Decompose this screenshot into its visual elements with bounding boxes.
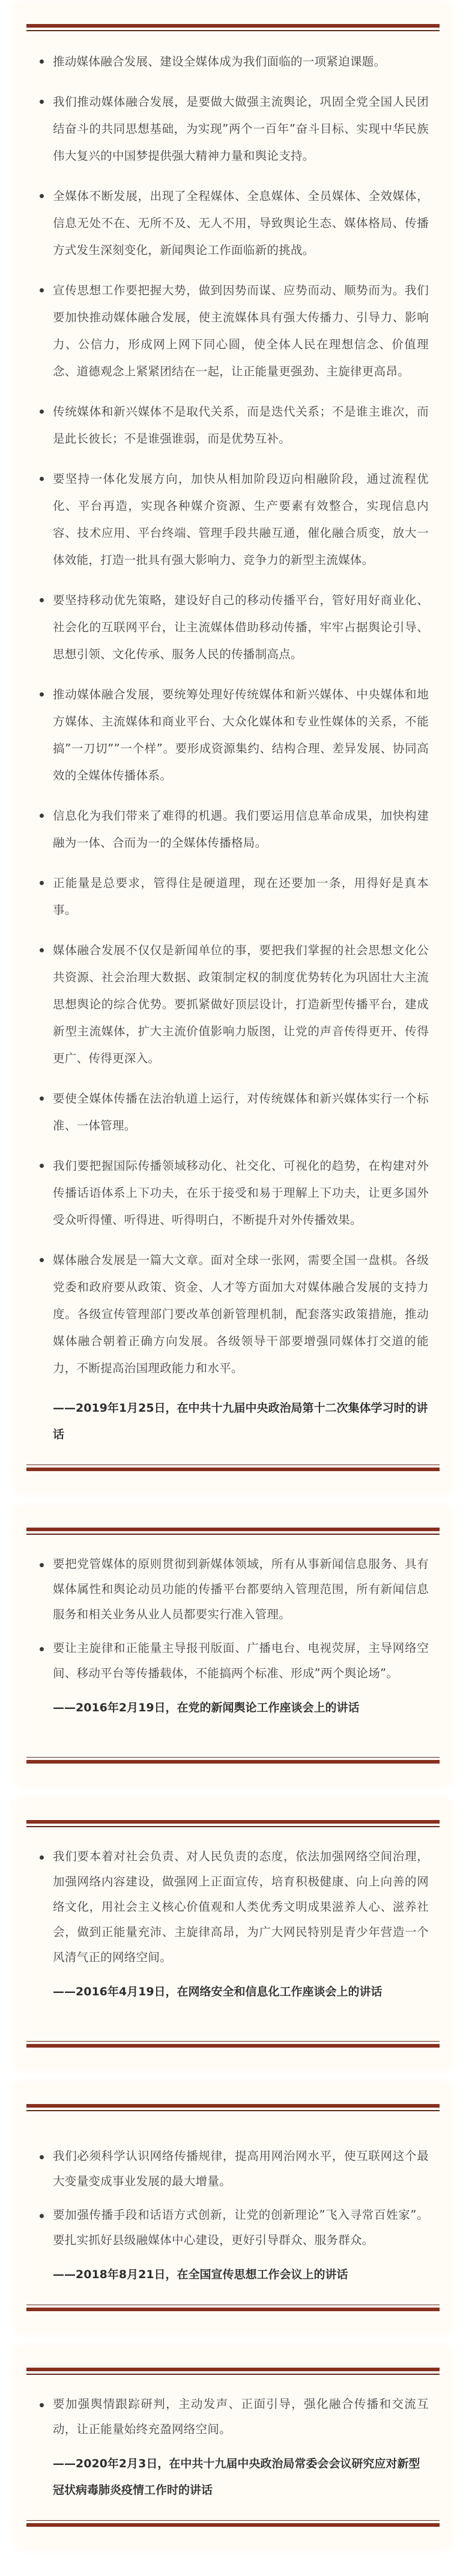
- quote-text: 推动媒体融合发展、建设全媒体成为我们面临的一项紧迫课题。: [53, 55, 386, 68]
- quote-item: 要坚持一体化发展方向，加快从相加阶段迈向相融阶段，通过流程优化、平台再造，实现各…: [37, 465, 429, 573]
- quote-item: 要加强舆情跟踪研判，主动发声、正面引导，强化融合传播和交流互动，让正能量始终充盈…: [37, 2392, 429, 2442]
- section-top-rule: [26, 2368, 440, 2375]
- section-top-rule: [26, 24, 440, 31]
- quote-list: 要加强舆情跟踪研判，主动发声、正面引导，强化融合传播和交流互动，让正能量始终充盈…: [37, 2392, 429, 2442]
- bullet-icon: [40, 2403, 44, 2407]
- quote-text: 要坚持移动优先策略，建设好自己的移动传播平台，管好用好商业化、社会化的互联网平台…: [53, 593, 429, 661]
- section-body: 我们必须科学认识网络传播规律，提高用网治网水平，使互联网这个最大变量变成事业发展…: [26, 2111, 440, 2305]
- section-top-rule: [26, 2104, 440, 2111]
- bullet-icon: [40, 1164, 44, 1168]
- quote-item: 我们必须科学认识网络传播规律，提高用网治网水平，使互联网这个最大变量变成事业发展…: [37, 2144, 429, 2194]
- section-bottom-rule: [26, 2305, 440, 2312]
- section-bottom-rule: [26, 2041, 440, 2048]
- quote-item: 传统媒体和新兴媒体不是取代关系，而是迭代关系；不是谁主谁次，而是此长彼长；不是谁…: [37, 398, 429, 452]
- bullet-icon: [40, 410, 44, 414]
- quote-text: 媒体融合发展是一篇大文章。面对全球一张网，需要全国一盘棋。各级党委和政府要从政策…: [53, 1253, 429, 1375]
- quote-section-2018-08-21: 我们必须科学认识网络传播规律，提高用网治网水平，使互联网这个最大变量变成事业发展…: [18, 2085, 448, 2330]
- quote-text: 媒体融合发展不仅仅是新闻单位的事，要把我们掌握的社会思想文化公共资源、社会治理大…: [53, 943, 429, 1065]
- quote-item: 我们推动媒体融合发展，是要做大做强主流舆论，巩固全党全国人民团结奋斗的共同思想基…: [37, 88, 429, 169]
- bullet-icon: [40, 1258, 44, 1262]
- quote-text: 要使全媒体传播在法治轨道上运行，对传统媒体和新兴媒体实行一个标准、一体管理。: [53, 1092, 429, 1132]
- bullet-icon: [40, 598, 44, 602]
- quote-text: 推动媒体融合发展，要统筹处理好传统媒体和新兴媒体、中央媒体和地方媒体、主流媒体和…: [53, 688, 429, 782]
- quote-text: 要把党管媒体的原则贯彻到新媒体领域，所有从事新闻信息服务、具有媒体属性和舆论动员…: [53, 1557, 429, 1621]
- bullet-icon: [40, 2214, 44, 2218]
- section-body: 我们要本着对社会负责、对人民负责的态度，依法加强网络空间治理，加强网络内容建设，…: [26, 1827, 440, 2041]
- quote-section-2016-04-19: 我们要本着对社会负责、对人民负责的态度，依法加强网络空间治理，加强网络内容建设，…: [18, 1801, 448, 2067]
- bullet-icon: [40, 1855, 44, 1860]
- quote-text: 正能量是总要求，管得住是硬道理，现在还要加一条，用得好是真本事。: [53, 876, 429, 917]
- quote-section-2020-02-03: 要加强舆情跟踪研判，主动发声、正面引导，强化融合传播和交流互动，让正能量始终充盈…: [18, 2348, 448, 2546]
- bullet-icon: [40, 100, 44, 104]
- quote-item: 全媒体不断发展，出现了全程媒体、全息媒体、全员媒体、全效媒体，信息无处不在、无所…: [37, 183, 429, 264]
- quote-item: 正能量是总要求，管得住是硬道理，现在还要加一条，用得好是真本事。: [37, 869, 429, 924]
- quote-text: 宣传思想工作要把握大势，做到因势而谋、应势而动、顺势而为。我们要加快推动媒体融合…: [53, 283, 429, 378]
- bullet-icon: [40, 1647, 44, 1651]
- quote-item: 要让主旋律和正能量主导报刊版面、广播电台、电视荧屏，主导网络空间、移动平台等传播…: [37, 1636, 429, 1686]
- quote-text: 信息化为我们带来了难得的机遇。我们要运用信息革命成果，加快构建融为一体、合而为一…: [53, 809, 429, 850]
- quote-item: 宣传思想工作要把握大势，做到因势而谋、应势而动、顺势而为。我们要加快推动媒体融合…: [37, 277, 429, 385]
- quote-list: 我们必须科学认识网络传播规律，提高用网治网水平，使互联网这个最大变量变成事业发展…: [37, 2144, 429, 2253]
- bullet-icon: [40, 2155, 44, 2159]
- quote-item: 推动媒体融合发展，要统筹处理好传统媒体和新兴媒体、中央媒体和地方媒体、主流媒体和…: [37, 681, 429, 789]
- bullet-icon: [40, 881, 44, 885]
- quote-section-2016-02-19: 要把党管媒体的原则贯彻到新媒体领域，所有从事新闻信息服务、具有媒体属性和舆论动员…: [18, 1508, 448, 1783]
- quote-source: ——2016年2月19日，在党的新闻舆论工作座谈会上的讲话: [37, 1695, 429, 1721]
- section-body: 推动媒体融合发展、建设全媒体成为我们面临的一项紧迫课题。 我们推动媒体融合发展，…: [26, 31, 440, 1465]
- quote-list: 推动媒体融合发展、建设全媒体成为我们面临的一项紧迫课题。 我们推动媒体融合发展，…: [37, 48, 429, 1382]
- quote-text: 我们推动媒体融合发展，是要做大做强主流舆论，巩固全党全国人民团结奋斗的共同思想基…: [53, 95, 429, 163]
- section-top-rule: [26, 1820, 440, 1827]
- quote-item: 我们要把握国际传播领域移动化、社交化、可视化的趋势，在构建对外传播话语体系上下功…: [37, 1152, 429, 1233]
- section-bottom-rule: [26, 2520, 440, 2527]
- quote-item: 我们要本着对社会负责、对人民负责的态度，依法加强网络空间治理，加强网络内容建设，…: [37, 1844, 429, 1970]
- bullet-icon: [40, 814, 44, 818]
- quote-source: ——2019年1月25日，在中共十九届中央政治局第十二次集体学习时的讲话: [37, 1395, 429, 1448]
- quote-item: 媒体融合发展不仅仅是新闻单位的事，要把我们掌握的社会思想文化公共资源、社会治理大…: [37, 937, 429, 1072]
- section-bottom-rule: [26, 1465, 440, 1472]
- quote-item: 要把党管媒体的原则贯彻到新媒体领域，所有从事新闻信息服务、具有媒体属性和舆论动员…: [37, 1552, 429, 1627]
- bullet-icon: [40, 1096, 44, 1101]
- quote-text: 要加强传播手段和话语方式创新，让党的创新理论”飞入寻常百姓家”。要扎实抓好县级融…: [53, 2208, 429, 2247]
- quote-text: 我们要把握国际传播领域移动化、社交化、可视化的趋势，在构建对外传播话语体系上下功…: [53, 1159, 429, 1227]
- quote-source: ——2020年2月3日，在中共十九届中央政治局常委会会议研究应对新型冠状病毒肺炎…: [37, 2451, 429, 2503]
- quote-item: 信息化为我们带来了难得的机遇。我们要运用信息革命成果，加快构建融为一体、合而为一…: [37, 802, 429, 856]
- quote-item: 媒体融合发展是一篇大文章。面对全球一张网，需要全国一盘棋。各级党委和政府要从政策…: [37, 1247, 429, 1382]
- quote-list: 要把党管媒体的原则贯彻到新媒体领域，所有从事新闻信息服务、具有媒体属性和舆论动员…: [37, 1552, 429, 1686]
- section-bottom-rule: [26, 1757, 440, 1764]
- bullet-icon: [40, 692, 44, 697]
- quote-text: 要加强舆情跟踪研判，主动发声、正面引导，强化融合传播和交流互动，让正能量始终充盈…: [53, 2397, 429, 2436]
- quote-source: ——2016年4月19日，在网络安全和信息化工作座谈会上的讲话: [37, 1979, 429, 2005]
- quote-item: 推动媒体融合发展、建设全媒体成为我们面临的一项紧迫课题。: [37, 48, 429, 75]
- quote-item: 要坚持移动优先策略，建设好自己的移动传播平台，管好用好商业化、社会化的互联网平台…: [37, 587, 429, 668]
- bullet-icon: [40, 288, 44, 292]
- section-body: 要把党管媒体的原则贯彻到新媒体领域，所有从事新闻信息服务、具有媒体属性和舆论动员…: [26, 1535, 440, 1757]
- quote-item: 要使全媒体传播在法治轨道上运行，对传统媒体和新兴媒体实行一个标准、一体管理。: [37, 1085, 429, 1139]
- article-page: 推动媒体融合发展、建设全媒体成为我们面临的一项紧迫课题。 我们推动媒体融合发展，…: [0, 0, 466, 2576]
- bullet-icon: [40, 194, 44, 198]
- quote-text: 全媒体不断发展，出现了全程媒体、全息媒体、全员媒体、全效媒体，信息无处不在、无所…: [53, 189, 429, 257]
- quote-item: 要加强传播手段和话语方式创新，让党的创新理论”飞入寻常百姓家”。要扎实抓好县级融…: [37, 2203, 429, 2253]
- bullet-icon: [40, 948, 44, 952]
- quote-source: ——2018年8月21日，在全国宣传思想工作会议上的讲话: [37, 2261, 429, 2288]
- quote-section-2019-01-25: 推动媒体融合发展、建设全媒体成为我们面临的一项紧迫课题。 我们推动媒体融合发展，…: [18, 5, 448, 1490]
- quote-text: 要坚持一体化发展方向，加快从相加阶段迈向相融阶段，通过流程优化、平台再造，实现各…: [53, 472, 429, 567]
- bullet-icon: [40, 59, 44, 64]
- quote-text: 我们必须科学认识网络传播规律，提高用网治网水平，使互联网这个最大变量变成事业发展…: [53, 2149, 429, 2188]
- quote-text: 要让主旋律和正能量主导报刊版面、广播电台、电视荧屏，主导网络空间、移动平台等传播…: [53, 1641, 429, 1680]
- bullet-icon: [40, 1563, 44, 1567]
- quote-text: 传统媒体和新兴媒体不是取代关系，而是迭代关系；不是谁主谁次，而是此长彼长；不是谁…: [53, 405, 429, 446]
- quote-list: 我们要本着对社会负责、对人民负责的态度，依法加强网络空间治理，加强网络内容建设，…: [37, 1844, 429, 1970]
- bullet-icon: [40, 477, 44, 481]
- quote-text: 我们要本着对社会负责、对人民负责的态度，依法加强网络空间治理，加强网络内容建设，…: [53, 1849, 429, 1964]
- section-body: 要加强舆情跟踪研判，主动发声、正面引导，强化融合传播和交流互动，让正能量始终充盈…: [26, 2375, 440, 2520]
- section-top-rule: [26, 1528, 440, 1535]
